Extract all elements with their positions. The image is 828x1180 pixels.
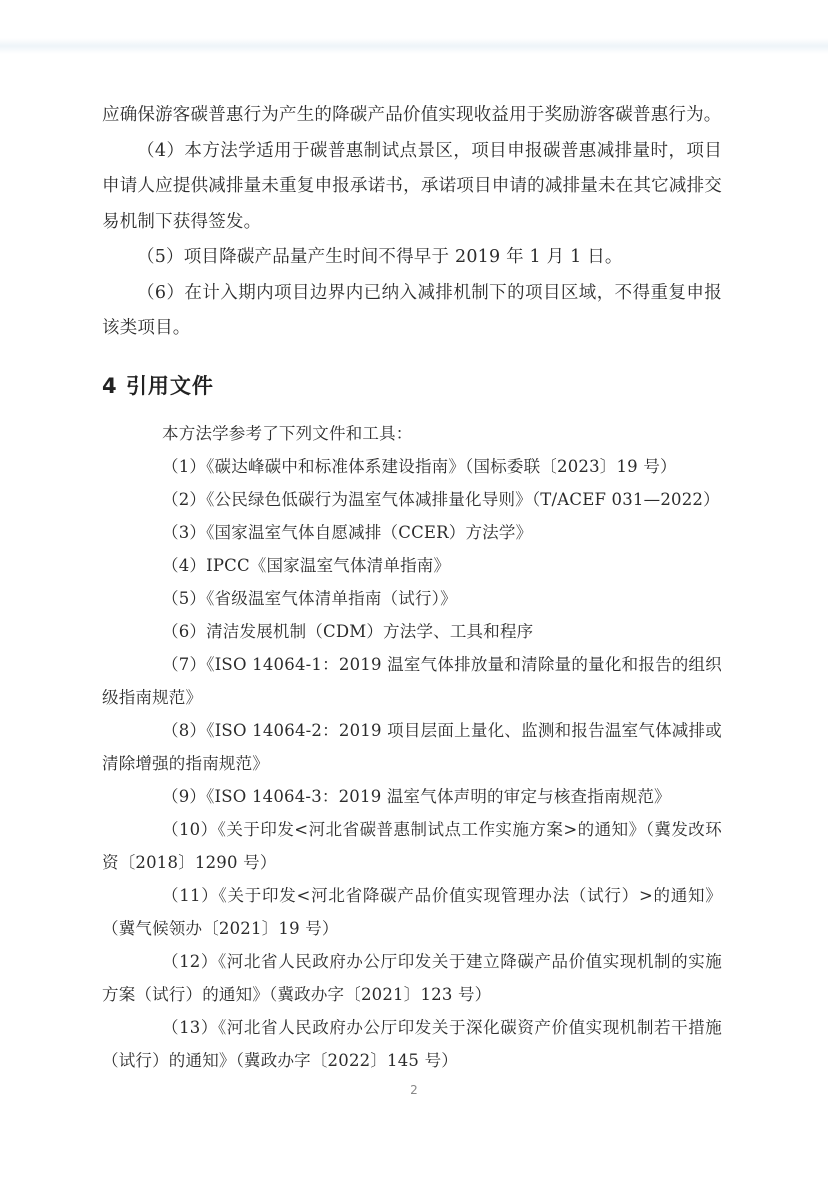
reference-item: （9）《ISO 14064-3：2019 温室气体声明的审定与核查指南规范》 <box>102 780 722 813</box>
reference-item: （5）《省级温室气体清单指南（试行）》 <box>102 582 722 615</box>
section-heading: 4 引用文件 <box>102 371 722 401</box>
reference-item: （4）IPCC《国家温室气体清单指南》 <box>102 549 722 582</box>
paragraph-item-5: （5）项目降碳产品量产生时间不得早于 2019 年 1 月 1 日。 <box>102 240 722 276</box>
reference-item: （8）《ISO 14064-2：2019 项目层面上量化、监测和报告温室气体减排… <box>102 714 722 780</box>
document-page: 应确保游客碳普惠行为产生的降碳产品价值实现收益用于奖励游客碳普惠行为。 （4）本… <box>102 98 722 1077</box>
reference-item: （11）《关于印发<河北省降碳产品价值实现管理办法（试行）>的通知》（冀气候领办… <box>102 879 722 945</box>
reference-item: （7）《ISO 14064-1：2019 温室气体排放量和清除量的量化和报告的组… <box>102 648 722 714</box>
paragraph-continuation: 应确保游客碳普惠行为产生的降碳产品价值实现收益用于奖励游客碳普惠行为。 <box>102 98 722 134</box>
reference-item: （12）《河北省人民政府办公厅印发关于建立降碳产品价值实现机制的实施方案（试行）… <box>102 945 722 1011</box>
scan-artifact-band <box>0 38 828 54</box>
reference-list: （1）《碳达峰碳中和标准体系建设指南》（国标委联〔2023〕19 号） （2）《… <box>102 450 722 1077</box>
page-number: 2 <box>0 1083 828 1097</box>
reference-item: （6）清洁发展机制（CDM）方法学、工具和程序 <box>102 615 722 648</box>
reference-item: （10）《关于印发<河北省碳普惠制试点工作实施方案>的通知》（冀发改环资〔201… <box>102 813 722 879</box>
reference-item: （3）《国家温室气体自愿减排（CCER）方法学》 <box>102 516 722 549</box>
reference-item: （2）《公民绿色低碳行为温室气体减排量化导则》（T/ACEF 031—2022） <box>102 483 722 516</box>
section-title: 引用文件 <box>126 374 214 398</box>
paragraph-item-6: （6）在计入期内项目边界内已纳入减排机制下的项目区域，不得重复申报该类项目。 <box>102 276 722 347</box>
paragraph-item-4: （4）本方法学适用于碳普惠制试点景区，项目申报碳普惠减排量时，项目申请人应提供减… <box>102 134 722 241</box>
references-intro: 本方法学参考了下列文件和工具： <box>102 417 722 450</box>
reference-item: （13）《河北省人民政府办公厅印发关于深化碳资产价值实现机制若干措施（试行）的通… <box>102 1011 722 1077</box>
reference-item: （1）《碳达峰碳中和标准体系建设指南》（国标委联〔2023〕19 号） <box>102 450 722 483</box>
section-number: 4 <box>102 374 118 398</box>
